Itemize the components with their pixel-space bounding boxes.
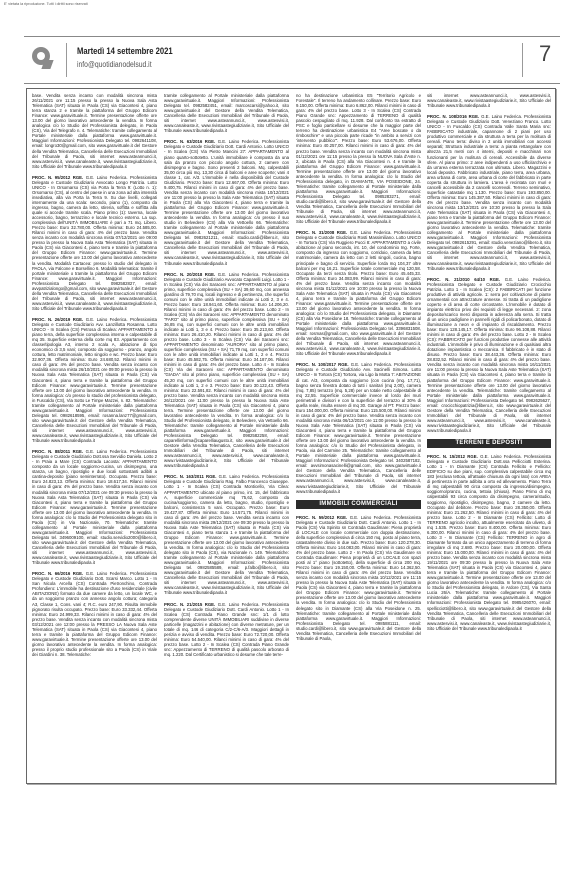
issue-date: Martedì 14 settembre 2021 [77, 46, 173, 56]
newspaper-logo-icon [32, 45, 54, 73]
auction-notice: PROC. N. 21/2015 RGE. G.E. Laino Federic… [164, 602, 289, 658]
auction-notice: PROC. N. 108/2016 RGE. G.E. Laino Federi… [427, 114, 551, 270]
legal-notices-frame: base. Vendita senza incanto con modalità… [26, 88, 556, 784]
notice-body: G.E. Laino Federica. Professionista Dele… [427, 114, 551, 270]
section-header-commercial: IMMOBILI COMMERCIALI [296, 500, 421, 509]
notice-body: G.E. Laino Federica. Professionista Dele… [164, 272, 289, 469]
auction-notice: PROC. N. 163/2011 RGE. G.E. Laino Federi… [164, 474, 289, 595]
notice-body: siti internet www.asteannunci.it, www.as… [427, 93, 551, 108]
auction-notice: PROC. N. 31/2008 RGE. G.E. Laino Federic… [296, 230, 421, 356]
notice-body: G.E. Laino Federica. Professionista Dele… [32, 175, 157, 311]
notice-body: G.E. Laino Federica. Professionista Dele… [296, 230, 421, 356]
notice-body: base. Vendita senza incanto con modalità… [32, 93, 157, 169]
auction-notice: PROC. N. 15/2012 RGE. G.E. Laino Federic… [427, 454, 551, 631]
notice-body: G.E. Laino Federica. Professionista Dele… [427, 454, 551, 631]
notice-body: G.E. Laino Federica. Professionista Dele… [32, 449, 157, 565]
auction-notice: PROC. N. 95/2012 RGE. G.E. Laino Federic… [32, 175, 157, 311]
auction-notice: PROC. N. 100/2017 RGE. G.E. Laino Federi… [296, 362, 421, 493]
auction-notice: PROC. N. 59/2012 RGE. G.E. Laino Federic… [296, 515, 421, 641]
notice-body: tramite collegamento al Portale minister… [164, 93, 289, 133]
auction-notice: siti internet www.asteannunci.it, www.as… [427, 93, 551, 108]
column-4: siti internet www.asteannunci.it, www.as… [427, 93, 551, 779]
notice-body: G.E. Laino Federica. Professionista Dele… [164, 602, 289, 657]
contact-email: info@quotidianodelsud.it [77, 60, 152, 69]
auction-notice: PROC. N. 63/2016 RGE. G.E. Laino Federic… [164, 139, 289, 265]
section-header-land: TERRENI E DEPOSITI [427, 439, 551, 448]
notice-body: G.E. Laino Federica. Professionista Dele… [32, 571, 157, 657]
page-header: Martedì 14 settembre 2021 info@quotidian… [24, 36, 560, 84]
auction-notice: PROC. N. 20/2018 RGE. G.E. Laino Federic… [164, 272, 289, 469]
notice-body: G.E. Laino Federica. Professionista Dele… [296, 515, 421, 641]
column-1: base. Vendita senza incanto con modalità… [32, 93, 157, 779]
header-divider [66, 43, 67, 77]
notice-body: G.E. Laino Federica. Professionista Dele… [164, 139, 289, 265]
auction-notice: PROC. N. 21/2010 64/10 RGE. G.E. Laino F… [427, 277, 551, 433]
copyright-notice: E' vietata la riproduzione. Tutti i diri… [4, 2, 88, 6]
auction-notice: PROC. N. 66/2016 RGE. G.E. Laino Federic… [32, 571, 157, 657]
notice-body: G.E. Laino Federica. Professionista Dele… [164, 474, 289, 595]
header-divider [522, 43, 523, 77]
auction-notice: no ha destinazione urbanistica E5 "Terri… [296, 93, 421, 224]
auction-notice: tramite collegamento al Portale minister… [164, 93, 289, 133]
notice-body: no ha destinazione urbanistica E5 "Terri… [296, 93, 421, 224]
notice-body: G.E. Laino Federica. Professionista Dele… [296, 362, 421, 493]
notice-body: G.E. Laino Federica. Professionista Dele… [427, 277, 551, 433]
notice-body: G.E. Laino Federica. Professionista Dele… [32, 317, 157, 443]
page-number: 7 [539, 41, 551, 67]
column-3: no ha destinazione urbanistica E5 "Terri… [296, 93, 421, 779]
column-2: tramite collegamento al Portale minister… [164, 93, 289, 779]
auction-notice: PROC. N. 26/2019 RGE. G.E. Laino Federic… [32, 317, 157, 443]
auction-notice: PROC. N. 88/2011 RGE. G.E. Laino Federic… [32, 449, 157, 565]
auction-notice: base. Vendita senza incanto con modalità… [32, 93, 157, 169]
